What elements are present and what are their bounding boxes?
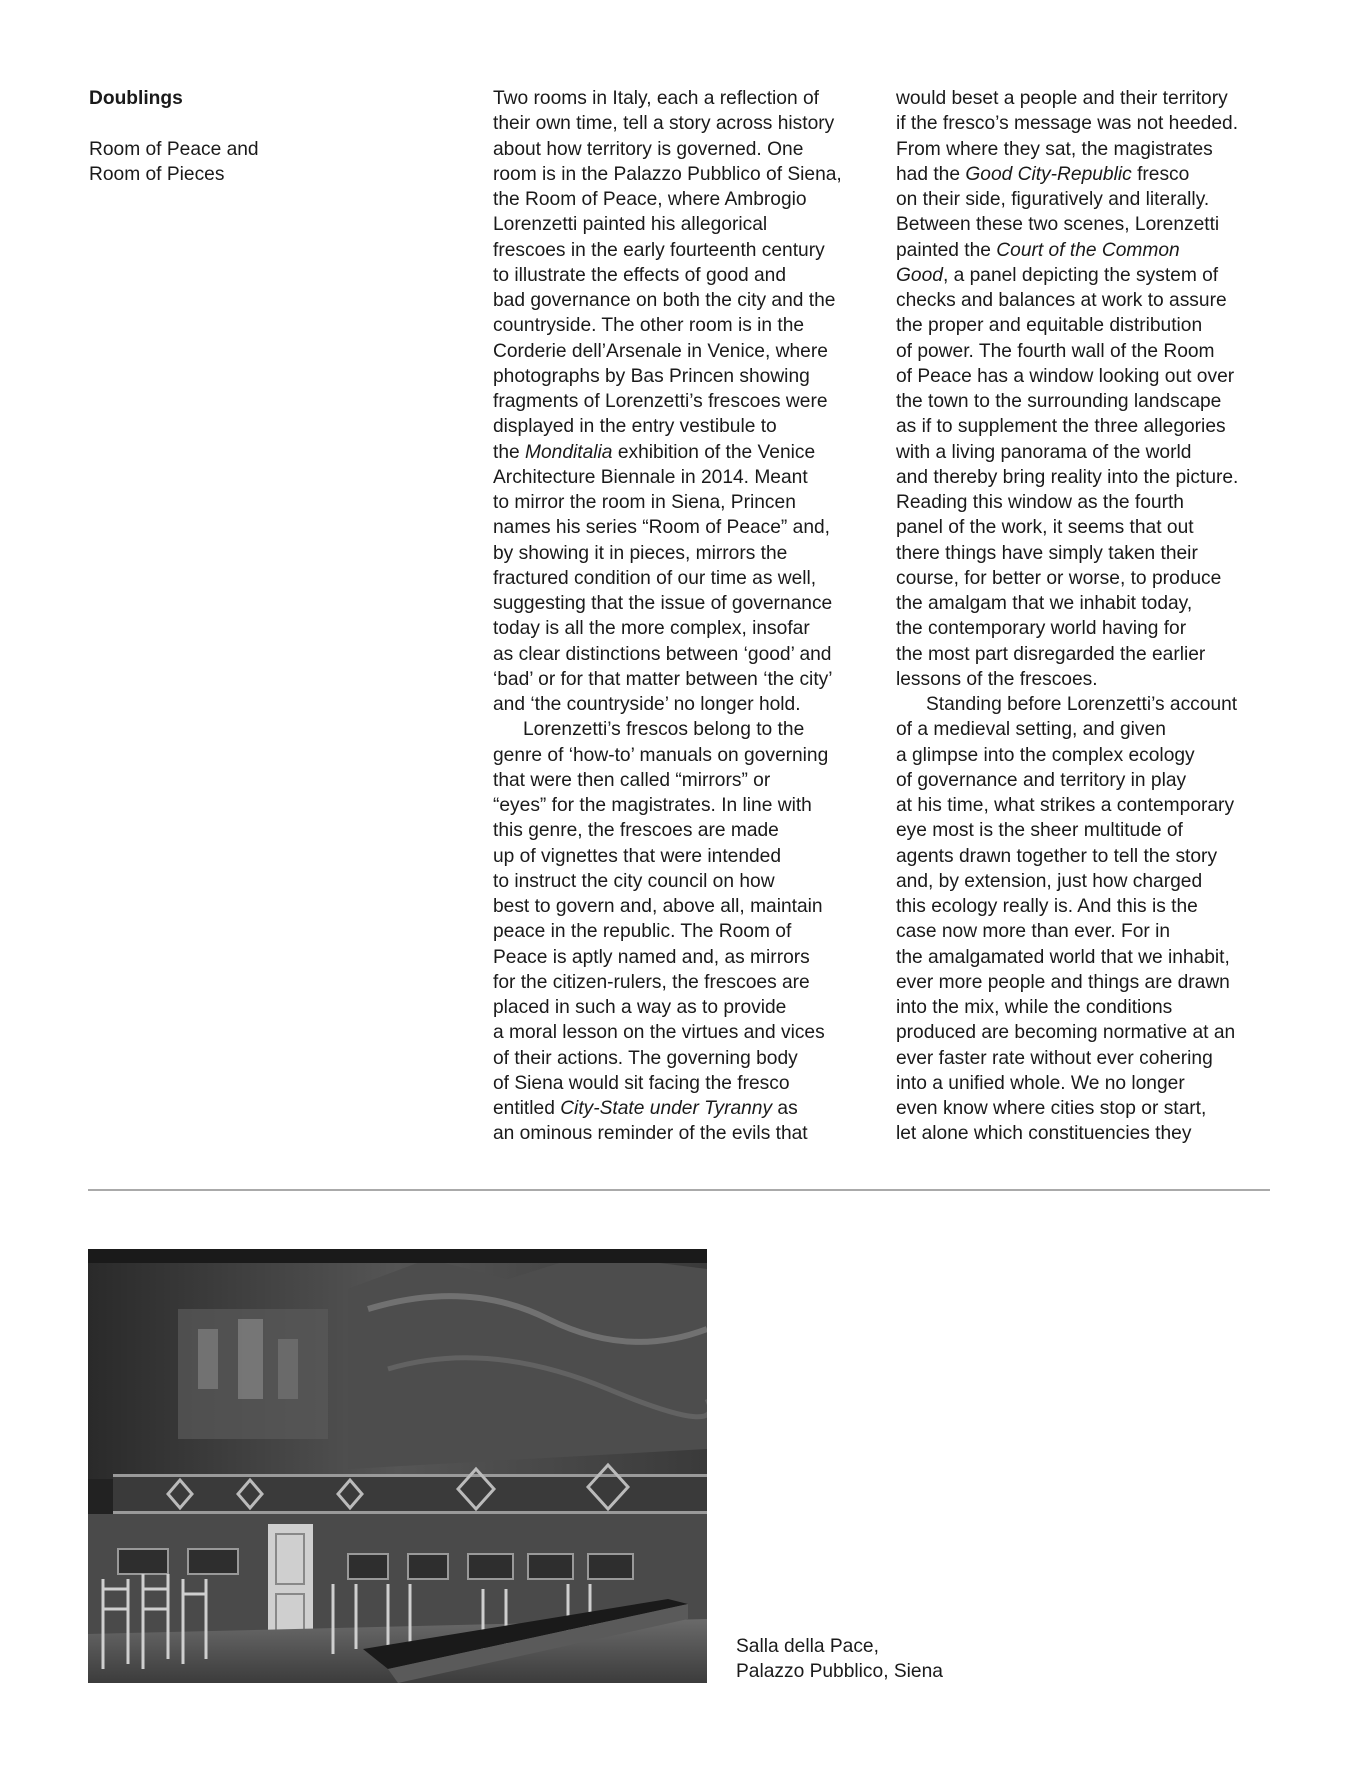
text-line: panel of the work, it seems that out [896, 515, 1296, 540]
text-line: the contemporary world having for [896, 616, 1296, 641]
text-line: the proper and equitable distribution [896, 313, 1296, 338]
text-line: peace in the republic. The Room of [493, 919, 883, 944]
text-line: placed in such a way as to provide [493, 995, 883, 1020]
text-line: painted the Court of the Common [896, 238, 1296, 263]
text-line: and, by extension, just how charged [896, 869, 1296, 894]
text-line: the town to the surrounding landscape [896, 389, 1296, 414]
text-line: into the mix, while the conditions [896, 995, 1296, 1020]
text-line: the amalgam that we inhabit today, [896, 591, 1296, 616]
text-line: Lorenzetti’s frescos belong to the [493, 717, 883, 742]
text-line: Between these two scenes, Lorenzetti [896, 212, 1296, 237]
text-line: ever faster rate without ever cohering [896, 1046, 1296, 1071]
section-subtitle-line: Room of Pieces [89, 162, 449, 187]
text-line: countryside. The other room is in the [493, 313, 883, 338]
text-line: and thereby bring reality into the pictu… [896, 465, 1296, 490]
text-line: produced are becoming normative at an [896, 1020, 1296, 1045]
text-line: Standing before Lorenzetti’s account [896, 692, 1296, 717]
text-line: a moral lesson on the virtues and vices [493, 1020, 883, 1045]
italic-title: City-State under Tyranny [560, 1098, 772, 1119]
section-heading-column: Doublings Room of Peace and Room of Piec… [89, 86, 449, 187]
text-run: exhibition of the Venice [612, 442, 815, 463]
text-run: , a panel depicting the system of [943, 265, 1218, 286]
text-line: had the Good City-Republic fresco [896, 162, 1296, 187]
text-line: Reading this window as the fourth [896, 490, 1296, 515]
text-line: let alone which constituencies they [896, 1121, 1296, 1146]
fresco-room-photo [88, 1249, 707, 1683]
italic-title: Monditalia [525, 442, 612, 463]
text-line: fragments of Lorenzetti’s frescoes were [493, 389, 883, 414]
text-run: the [493, 442, 525, 463]
text-line: genre of ‘how-to’ manuals on governing [493, 743, 883, 768]
text-line: bad governance on both the city and the [493, 288, 883, 313]
text-line: lessons of the frescoes. [896, 667, 1296, 692]
text-run: entitled [493, 1098, 560, 1119]
text-line: agents drawn together to tell the story [896, 844, 1296, 869]
section-subtitle-line: Room of Peace and [89, 137, 449, 162]
text-line: eye most is the sheer multitude of [896, 818, 1296, 843]
text-line: From where they sat, the magistrates [896, 137, 1296, 162]
caption-line: Salla della Pace, [736, 1634, 943, 1659]
text-line: the Monditalia exhibition of the Venice [493, 440, 883, 465]
body-text-column-1: Two rooms in Italy, each a reflection of… [493, 86, 883, 1147]
text-run: had the [896, 164, 965, 185]
text-line: room is in the Palazzo Pubblico of Siena… [493, 162, 883, 187]
text-line: of a medieval setting, and given [896, 717, 1296, 742]
text-line: Peace is aptly named and, as mirrors [493, 945, 883, 970]
text-line: today is all the more complex, insofar [493, 616, 883, 641]
text-line: Lorenzetti painted his allegorical [493, 212, 883, 237]
text-line: Two rooms in Italy, each a reflection of [493, 86, 883, 111]
text-line: suggesting that the issue of governance [493, 591, 883, 616]
text-line: even know where cities stop or start, [896, 1096, 1296, 1121]
text-line: “eyes” for the magistrates. In line with [493, 793, 883, 818]
text-line: names his series “Room of Peace” and, [493, 515, 883, 540]
text-line: if the fresco’s message was not heeded. [896, 111, 1296, 136]
text-line: frescoes in the early fourteenth century [493, 238, 883, 263]
text-line: of governance and territory in play [896, 768, 1296, 793]
text-line: of power. The fourth wall of the Room [896, 339, 1296, 364]
text-line: with a living panorama of the world [896, 440, 1296, 465]
text-line: at his time, what strikes a contemporary [896, 793, 1296, 818]
section-title: Doublings [89, 86, 449, 111]
text-run: fresco [1132, 164, 1190, 185]
text-line: the most part disregarded the earlier [896, 642, 1296, 667]
italic-title: Good City-Republic [965, 164, 1131, 185]
text-line: photographs by Bas Princen showing [493, 364, 883, 389]
text-line: there things have simply taken their [896, 541, 1296, 566]
text-line: Good, a panel depicting the system of [896, 263, 1296, 288]
text-line: of their actions. The governing body [493, 1046, 883, 1071]
figure-caption: Salla della Pace, Palazzo Pubblico, Sien… [736, 1634, 943, 1685]
text-line: to mirror the room in Siena, Princen [493, 490, 883, 515]
text-run: painted the [896, 240, 996, 261]
text-line: displayed in the entry vestibule to [493, 414, 883, 439]
text-line: on their side, figuratively and literall… [896, 187, 1296, 212]
text-line: the amalgamated world that we inhabit, [896, 945, 1296, 970]
text-line: their own time, tell a story across hist… [493, 111, 883, 136]
text-line: into a unified whole. We no longer [896, 1071, 1296, 1096]
text-line: checks and balances at work to assure [896, 288, 1296, 313]
text-line: an ominous reminder of the evils that [493, 1121, 883, 1146]
text-line: Architecture Biennale in 2014. Meant [493, 465, 883, 490]
italic-title: Good [896, 265, 943, 286]
text-line: about how territory is governed. One [493, 137, 883, 162]
text-line: course, for better or worse, to produce [896, 566, 1296, 591]
text-line: this genre, the frescoes are made [493, 818, 883, 843]
italic-title: Court of the Common [996, 240, 1179, 261]
text-line: as if to supplement the three allegories [896, 414, 1296, 439]
text-line: as clear distinctions between ‘good’ and [493, 642, 883, 667]
text-line: for the citizen-rulers, the frescoes are [493, 970, 883, 995]
body-text-column-2: would beset a people and their territory… [896, 86, 1296, 1147]
text-line: case now more than ever. For in [896, 919, 1296, 944]
text-line: ever more people and things are drawn [896, 970, 1296, 995]
text-line: and ‘the countryside’ no longer hold. [493, 692, 883, 717]
text-run: as [772, 1098, 798, 1119]
text-line: best to govern and, above all, maintain [493, 894, 883, 919]
text-line: of Peace has a window looking out over [896, 364, 1296, 389]
text-line: entitled City-State under Tyranny as [493, 1096, 883, 1121]
horizontal-divider [88, 1189, 1270, 1191]
text-line: a glimpse into the complex ecology [896, 743, 1296, 768]
text-line: this ecology really is. And this is the [896, 894, 1296, 919]
text-line: the Room of Peace, where Ambrogio [493, 187, 883, 212]
text-line: by showing it in pieces, mirrors the [493, 541, 883, 566]
text-line: up of vignettes that were intended [493, 844, 883, 869]
text-line: of Siena would sit facing the fresco [493, 1071, 883, 1096]
text-line: ‘bad’ or for that matter between ‘the ci… [493, 667, 883, 692]
text-line: would beset a people and their territory [896, 86, 1296, 111]
caption-line: Palazzo Pubblico, Siena [736, 1659, 943, 1684]
text-line: to illustrate the effects of good and [493, 263, 883, 288]
text-line: to instruct the city council on how [493, 869, 883, 894]
text-line: that were then called “mirrors” or [493, 768, 883, 793]
photo-illustration [88, 1249, 707, 1683]
spacer [89, 111, 449, 136]
text-line: fractured condition of our time as well, [493, 566, 883, 591]
text-line: Corderie dell’Arsenale in Venice, where [493, 339, 883, 364]
